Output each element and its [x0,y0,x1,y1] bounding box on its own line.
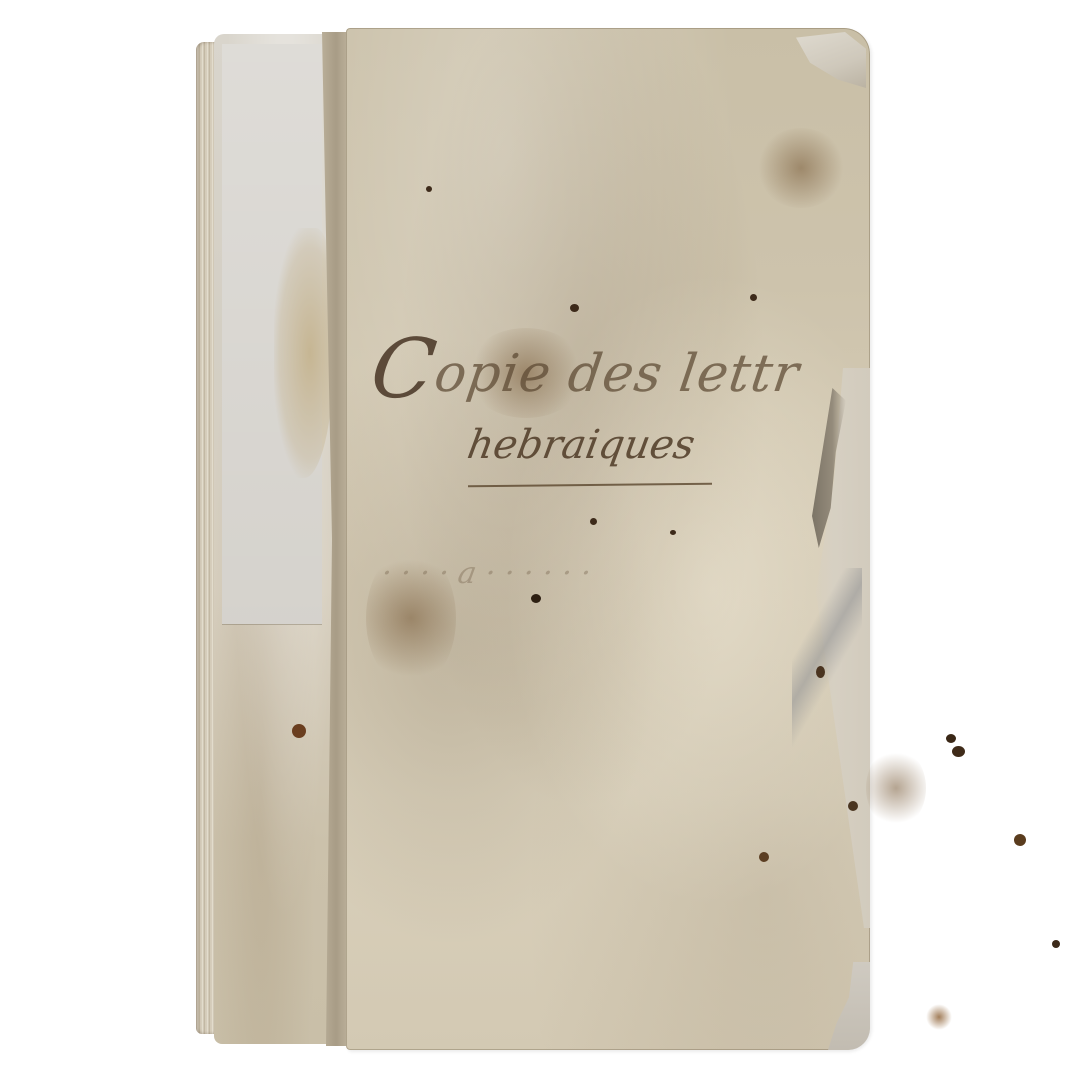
ink-spot [531,594,541,603]
ink-spot [1014,834,1026,846]
photo-scene: Copie des lettr hebraiques · · · · a · ·… [0,0,1080,1080]
title-line-1-text: opie des lettr [431,344,803,404]
rust-spot [926,1004,952,1030]
title-line-3-faded: · · · · a · · · · · · [379,556,594,591]
book [196,28,872,1050]
ink-spot [946,734,956,743]
ink-spot [426,186,432,192]
title-line-2: hebraiques [464,422,698,468]
torn-corner-top [796,32,866,88]
ink-spot [670,530,676,535]
spine-water-stain [274,228,334,478]
stain [866,748,926,828]
stain [756,128,846,208]
ink-spot [750,294,757,301]
ink-spot [952,746,965,757]
ink-spot [1052,940,1060,948]
ink-spot [848,801,858,811]
title-line-1: Copie des lettr [365,322,806,417]
ink-spot [590,518,597,525]
front-cover [346,28,870,1050]
ink-spot [759,852,769,862]
ink-spot [816,666,825,678]
torn-corner-bottom [828,962,870,1050]
fold-crease [792,568,862,748]
spine-rust-spot [292,724,306,738]
ink-spot [570,304,579,312]
